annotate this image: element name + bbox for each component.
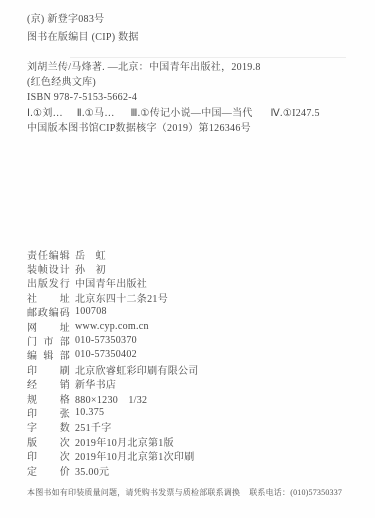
colophon-value: 新华书店	[75, 376, 116, 391]
colophon-label: 定价	[27, 463, 70, 478]
colophon-label: 规格	[27, 391, 70, 406]
colophon-label: 邮政编码	[27, 304, 70, 319]
colophon-row: 网址 www.cyp.com.cn	[27, 319, 199, 333]
colophon-value: 北京东四十二条21号	[75, 290, 168, 305]
registration-number-line: (京) 新登字083号	[27, 13, 104, 26]
colophon-label: 经销	[27, 376, 70, 391]
colophon-row: 印张 10.375	[27, 405, 199, 419]
colophon-row: 字数 251千字	[27, 420, 199, 434]
colophon-value: 10.375	[75, 407, 104, 418]
colophon-value: 010-57350402	[75, 349, 137, 360]
cip-header: 图书在版编目 (CIP) 数据	[27, 31, 139, 44]
colophon-value: 35.00元	[75, 463, 109, 478]
cip-isbn-line: ISBN 978-7-5153-5662-4	[27, 90, 320, 105]
class-item-3: Ⅲ.①传记小说—中国—当代	[130, 106, 252, 121]
cip-classification-line: Ⅰ.①刘… Ⅱ.①马… Ⅲ.①传记小说—中国—当代 Ⅳ.①I247.5	[27, 106, 320, 121]
colophon-row: 经销 新华书店	[27, 377, 199, 391]
colophon-label: 社址	[27, 290, 70, 305]
colophon-row: 出版发行 中国青年出版社	[27, 276, 199, 290]
colophon-label: 编辑部	[27, 347, 70, 362]
contact-phone: 联系电话：(010)57350337	[249, 488, 342, 497]
colophon-row: 门市部 010-57350370	[27, 333, 199, 347]
colophon-value: 岳 虹	[75, 247, 106, 262]
class-item-1: Ⅰ.①刘…	[27, 106, 63, 121]
colophon-row: 编辑部 010-57350402	[27, 348, 199, 362]
colophon-label: 责任编辑	[27, 247, 70, 262]
colophon-row: 责任编辑 岳 虹	[27, 247, 199, 261]
colophon-row: 印刷 北京欣睿虹彩印刷有限公司	[27, 362, 199, 376]
class-item-2: Ⅱ.①马…	[77, 106, 115, 121]
class-item-4: Ⅳ.①I247.5	[271, 106, 320, 121]
colophon-value: www.cyp.com.cn	[75, 321, 149, 332]
cip-data-block: 刘胡兰传/马烽著. —北京：中国青年出版社，2019.8 (红色经典文库) IS…	[27, 60, 320, 136]
colophon-value: 孙 初	[75, 261, 106, 276]
colophon-row: 邮政编码 100708	[27, 305, 199, 319]
colophon-value: 880×1230 1/32	[75, 391, 147, 406]
copyright-page-scan: (京) 新登字083号 图书在版编目 (CIP) 数据 刘胡兰传/马烽著. —北…	[0, 0, 375, 518]
colophon-value: 2019年10月北京第1版	[75, 434, 174, 449]
colophon-value: 北京欣睿虹彩印刷有限公司	[75, 362, 199, 377]
colophon-row: 装帧设计 孙 初	[27, 261, 199, 275]
colophon-row: 规格 880×1230 1/32	[27, 391, 199, 405]
cip-title-line: 刘胡兰传/马烽著. —北京：中国青年出版社，2019.8	[27, 60, 320, 75]
colophon-value: 010-57350370	[75, 335, 137, 346]
colophon-label: 印次	[27, 448, 70, 463]
colophon-label: 装帧设计	[27, 261, 70, 276]
colophon-row: 社址 北京东四十二条21号	[27, 290, 199, 304]
colophon-value: 251千字	[75, 419, 112, 434]
cip-series-line: (红色经典文库)	[27, 75, 320, 90]
colophon-row: 定价 35.00元	[27, 463, 199, 477]
colophon-label: 字数	[27, 419, 70, 434]
colophon-label: 门市部	[27, 333, 70, 348]
colophon-value: 100708	[75, 306, 107, 317]
quality-notice-text: 本图书如有印装质量问题，请凭购书发票与质检部联系调换	[27, 488, 240, 497]
colophon-label: 版次	[27, 434, 70, 449]
colophon-value: 2019年10月北京第1次印刷	[75, 448, 195, 463]
colophon-label: 网址	[27, 319, 70, 334]
cip-record-line: 中国版本图书馆CIP数据核字（2019）第126346号	[27, 121, 320, 136]
quality-notice-line: 本图书如有印装质量问题，请凭购书发票与质检部联系调换联系电话：(010)5735…	[27, 487, 342, 498]
colophon-label: 出版发行	[27, 275, 70, 290]
colophon-label: 印张	[27, 405, 70, 420]
colophon-label: 印刷	[27, 362, 70, 377]
colophon-value: 中国青年出版社	[75, 275, 147, 290]
colophon-row: 印次 2019年10月北京第1次印刷	[27, 448, 199, 462]
faint-rule	[70, 57, 346, 58]
colophon-block: 责任编辑 岳 虹 装帧设计 孙 初 出版发行 中国青年出版社 社址 北京东四十二…	[27, 247, 199, 477]
colophon-row: 版次 2019年10月北京第1版	[27, 434, 199, 448]
